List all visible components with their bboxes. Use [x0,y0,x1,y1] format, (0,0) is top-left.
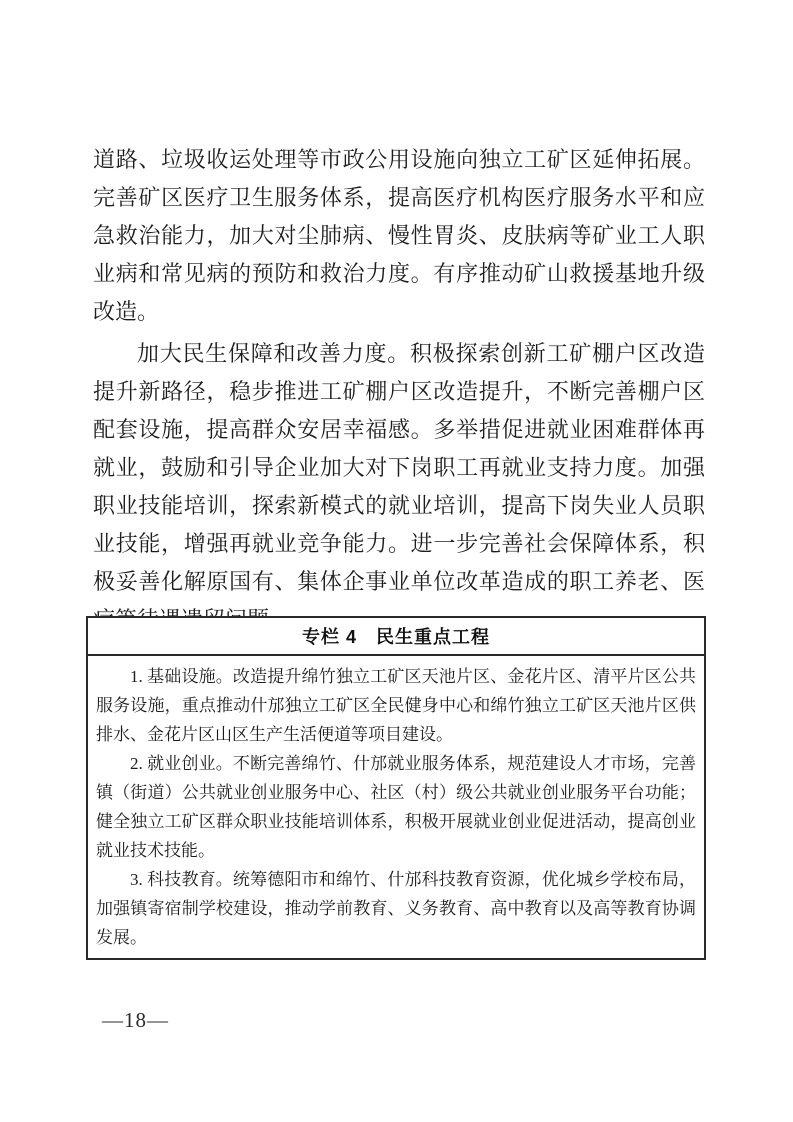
paragraph-livelihood: 加大民生保障和改善力度。积极探索创新工矿棚户区改造提升新路径，稳步推进工矿棚户区… [93,335,705,639]
body-text: 道路、垃圾收运处理等市政公用设施向独立工矿区延伸拓展。完善矿区医疗卫生服务体系，… [93,141,705,639]
document-page: 道路、垃圾收运处理等市政公用设施向独立工矿区延伸拓展。完善矿区医疗卫生服务体系，… [0,0,793,1122]
box-item-infrastructure: 1. 基础设施。改造提升绵竹独立工矿区天池片区、金花片区、清平片区公共服务设施，… [96,662,696,749]
column-box-body: 1. 基础设施。改造提升绵竹独立工矿区天池片区、金花片区、清平片区公共服务设施，… [88,656,704,958]
column-box: 专栏 4 民生重点工程 1. 基础设施。改造提升绵竹独立工矿区天池片区、金花片区… [86,616,706,960]
box-item-employment: 2. 就业创业。不断完善绵竹、什邡就业服务体系，规范建设人才市场，完善镇（街道）… [96,749,696,865]
box-item-education: 3. 科技教育。统筹德阳市和绵竹、什邡科技教育资源，优化城乡学校布局，加强镇寄宿… [96,865,696,952]
column-box-header: 专栏 4 民生重点工程 [88,618,704,656]
paragraph-continuation: 道路、垃圾收运处理等市政公用设施向独立工矿区延伸拓展。完善矿区医疗卫生服务体系，… [93,141,705,331]
column-box-title: 专栏 4 民生重点工程 [302,623,490,649]
page-number: —18— [102,1008,169,1033]
